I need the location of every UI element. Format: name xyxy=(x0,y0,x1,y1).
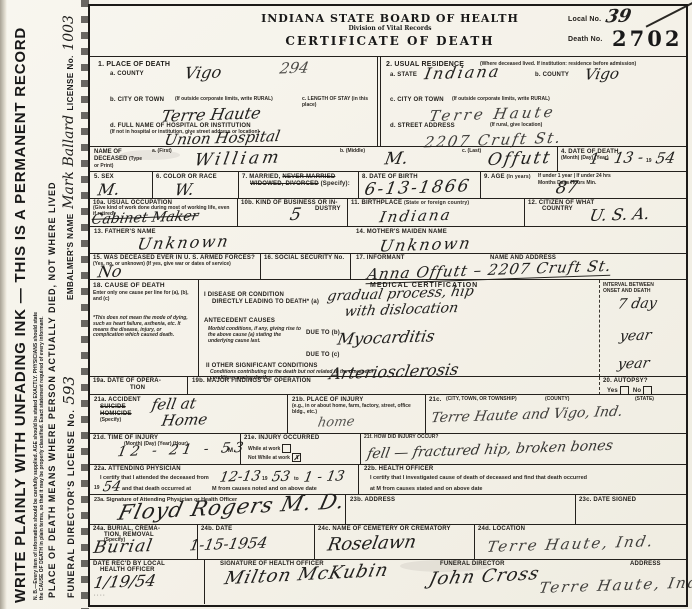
s22a-y2-printed: 19 xyxy=(94,486,100,492)
row-time-injury-how: 21d. TIME OF INJURY (Month) (Day) (Year)… xyxy=(90,433,686,465)
s18-antecedent-label: ANTECEDENT CAUSES xyxy=(204,318,275,325)
s2-city-note: (If outside corporate limits, write RURA… xyxy=(452,97,550,103)
s18-interval-a-value: 7 day xyxy=(616,295,658,312)
s2-street-label: d. STREET ADDRESS xyxy=(390,123,455,130)
stray-mark: 294 xyxy=(278,59,310,78)
s22a-from-value: 12-13 xyxy=(218,468,261,485)
row-name-and-death-date: NAME OF DECEASED (Type or Print) a. (Fir… xyxy=(90,146,686,172)
row-sex-race-married-dob-age: 5. SEX M. 6. COLOR OR RACE W. 7. MARRIED… xyxy=(90,171,686,199)
s7-struck2: WIDOWED, DIVORCED xyxy=(250,181,319,187)
s8-value: 6-13-1866 xyxy=(363,176,472,200)
s9-value: 87 xyxy=(554,178,579,199)
s24b-value: 1-15-1954 xyxy=(188,534,269,555)
s21c-label: 21c. xyxy=(429,397,441,404)
s18-num: 18. xyxy=(93,282,103,289)
s21a-note: (Specify) xyxy=(100,418,121,424)
s22a-to-word: to xyxy=(294,477,299,483)
s18-cause-a-value2: with dislocation xyxy=(343,300,459,320)
margin-nb-line2: the CAUSE OF DEATH in plain terms, so th… xyxy=(39,44,45,600)
s11-value: Indiana xyxy=(378,206,453,226)
s18-due-b-label: DUE TO (b) xyxy=(306,330,340,337)
s7-label: 7. MARRIED, xyxy=(242,174,281,180)
s21e-opt1: While at work xyxy=(248,446,280,452)
s25d-label: ADDRESS xyxy=(630,561,661,568)
row-accident-place-city: 21a. ACCIDENT SUICIDE HOMICIDE (Specify)… xyxy=(90,394,686,434)
s19b-label: 19b. MAJOR FINDINGS OF OPERATION xyxy=(192,378,311,385)
s10a-value: Cabinet Maker xyxy=(90,208,200,228)
s9-label: 9. AGE xyxy=(484,174,505,180)
s10b-label2: DUSTRY xyxy=(315,206,341,213)
s18-antecedent-note: Morbid conditions, if any, giving rise t… xyxy=(208,327,303,344)
s12-label2: COUNTRY xyxy=(542,206,573,213)
s21e-opt2: Not While at work xyxy=(248,455,290,461)
s24a-value: Burial xyxy=(92,536,155,558)
footer-illegible-note: · · · · xyxy=(94,594,105,600)
s22a-label: 22a. ATTENDING PHYSICIAN xyxy=(94,466,181,473)
row-physician-healthofficer: 22a. ATTENDING PHYSICIAN I certify that … xyxy=(90,464,686,495)
s21e-opt2-row: Not While at work✗ xyxy=(248,453,303,462)
s3-heading: NAME OF DECEASED xyxy=(94,149,127,162)
s21f-label: 21f. HOW DID INJURY OCCUR? xyxy=(364,435,438,441)
s6-value: W. xyxy=(173,180,195,200)
s20-label: 20. AUTOPSY? xyxy=(603,378,648,385)
certificate-title: CERTIFICATE OF DEATH xyxy=(240,34,540,48)
row-forces-ssn-informant: 15. WAS DECEASED EVER IN U. S. ARMED FOR… xyxy=(90,253,686,280)
s1-county-value: Vigo xyxy=(183,62,223,82)
s18-part1-line2: DIRECTLY LEADING TO DEATH* (a) xyxy=(212,299,319,306)
injury-at-work-checkbox xyxy=(282,444,291,453)
board-title: INDIANA STATE BOARD OF HEALTH xyxy=(240,12,540,25)
death-certificate-scan: WRITE PLAINLY WITH UNFADING INK — THIS I… xyxy=(0,0,692,609)
s13-value: Unknown xyxy=(136,231,231,253)
s1-heading: PLACE OF DEATH xyxy=(106,61,170,68)
s3-middle-label: b. (Middle) xyxy=(340,149,365,155)
death-no-label: Death No. xyxy=(568,36,602,44)
s18-interval-b-value: year xyxy=(618,327,652,344)
s23c-label: 23c. DATE SIGNED xyxy=(579,497,636,504)
row-cause-of-death: 18. CAUSE OF DEATH Enter only one cause … xyxy=(90,279,686,377)
s24c-value: Roselawn xyxy=(326,531,418,555)
s4-year-printed: 19 xyxy=(646,159,652,165)
embalmer-license-label: LICENSE No. xyxy=(66,55,75,110)
s21e-opt1-row: While at work xyxy=(248,444,293,453)
s9-note: (In years) xyxy=(507,174,531,180)
embalmer-name-value: Mark Ballard xyxy=(61,115,77,209)
division-subtitle: Division of Vital Records xyxy=(240,25,540,32)
s19a-label1: 19a. DATE OF OPERA- xyxy=(93,378,161,385)
margin-nb-note: N. B.—Every item of information should b… xyxy=(33,44,45,600)
s11-note: (State or foreign country) xyxy=(404,200,469,206)
local-no-value: 39 xyxy=(604,6,633,28)
s1-stay-label: c. LENGTH OF STAY (in this place) xyxy=(302,97,372,109)
s22b-cert2: at M from causes stated and on above dat… xyxy=(370,486,482,492)
s2-city-label: c. CITY OR TOWN xyxy=(390,97,444,104)
s22a-y2-value: 54 xyxy=(102,479,123,496)
margin-permanent-record-note: WRITE PLAINLY WITH UNFADING INK — THIS I… xyxy=(12,27,29,603)
s2-county-label: b. COUNTY xyxy=(535,72,569,79)
s22b-label: 22b. HEALTH OFFICER xyxy=(364,466,433,473)
divider xyxy=(557,147,558,172)
s3-first-value: William xyxy=(193,148,283,171)
row-place-and-residence: 1. PLACE OF DEATH a. COUNTY Vigo 294 b. … xyxy=(90,56,686,147)
s4-year-value: 54 xyxy=(654,149,676,168)
s2-county-value: Vigo xyxy=(583,64,620,83)
s10b-value: 5 xyxy=(288,205,302,225)
s22a-y1-value: 53 xyxy=(271,469,292,486)
s17-label: 17. INFORMANT xyxy=(356,255,405,262)
s21c-col2: (COUNTY) xyxy=(545,397,569,403)
s21c-value: Terre Haute and Vigo, Ind. xyxy=(430,404,624,427)
s18-heading: CAUSE OF DEATH xyxy=(105,282,165,289)
funeral-license-label: FUNERAL DIRECTOR'S LICENSE No. xyxy=(66,409,76,598)
s2-state-label: a. STATE xyxy=(390,72,417,79)
s7-specify: (Specify): xyxy=(321,181,350,187)
row-received-director: DATE REC'D BY LOCAL HEALTH OFFICER 1/19/… xyxy=(90,559,686,604)
certificate-form: INDIANA STATE BOARD OF HEALTH Division o… xyxy=(88,4,688,607)
s21e-label: 21e. INJURY OCCURRED xyxy=(244,435,319,442)
s18-interval-c-value: year xyxy=(616,355,650,372)
death-no-value: 2702 xyxy=(612,26,682,51)
row-occupation-birthplace-citizen: 10a. USUAL OCCUPATION (Give kind of work… xyxy=(90,198,686,227)
s21f-value: fell — fractured hip, broken bones xyxy=(366,438,614,463)
s3-first-label: a. (First) xyxy=(152,149,172,155)
s7-struck1: NEVER MARRIED xyxy=(282,174,335,180)
s22b-cert1: I certify that I investigated cause of d… xyxy=(370,475,587,481)
s2-street-note: (If rural, give location) xyxy=(490,123,542,129)
s21a-value2: Home xyxy=(160,410,209,430)
s18-cause-b-value: Myocarditis xyxy=(336,326,436,348)
s22a-cert2: and that death occurred at xyxy=(122,486,191,492)
s18-due-c-label: DUE TO (c) xyxy=(306,352,340,359)
funeral-license-value: 593 xyxy=(60,376,78,405)
torn-edge xyxy=(0,0,7,609)
s21c-col1: (CITY, TOWN, OR TOWNSHIP) xyxy=(446,397,517,403)
s16-label: 16. SOCIAL SECURITY No. xyxy=(264,255,344,262)
embalmer-name-label: EMBALMER'S NAME xyxy=(66,213,75,300)
s1-county-label: a. COUNTY xyxy=(110,71,144,78)
s18-note2: *This does not mean the mode of dying, s… xyxy=(93,316,193,339)
injury-not-at-work-checkbox: ✗ xyxy=(292,453,301,462)
s23b-label: 23b. ADDRESS xyxy=(350,497,395,504)
s22a-to-value: 1 - 13 xyxy=(302,468,345,485)
s5-value: M. xyxy=(96,180,121,200)
embalmer-license-value: 1003 xyxy=(61,15,77,51)
s1-city-note: (If outside corporate limits, write RURA… xyxy=(175,97,273,103)
s2-state-value: Indiana xyxy=(423,62,502,84)
s4-value: 1 - 13 - xyxy=(588,148,645,168)
s3-middle-value: M. xyxy=(383,149,410,170)
s12-value: U. S. A. xyxy=(588,204,651,225)
divider xyxy=(377,57,381,147)
s19a-label2: TION xyxy=(130,385,145,392)
s24b-label: 24b. DATE xyxy=(201,526,232,533)
local-no-label: Local No. xyxy=(568,16,601,24)
s18-note1: Enter only one cause per line for (a), (… xyxy=(93,291,193,303)
margin-place-of-death-note: PLACE OF DEATH MEANS WHERE PERSON ACTUAL… xyxy=(47,181,57,598)
s18-interval-hdr2: ONSET AND DEATH xyxy=(603,289,651,295)
row-operation-autopsy: 19a. DATE OF OPERA- TION 19b. MAJOR FIND… xyxy=(90,376,686,395)
s24d-label: 24d. LOCATION xyxy=(478,526,525,533)
row-parents: 13. FATHER'S NAME Unknown 14. MOTHER'S M… xyxy=(90,226,686,254)
margin-funeral-license-line: FUNERAL DIRECTOR'S LICENSE No. 593 xyxy=(60,376,79,598)
s21b-value: home xyxy=(317,414,356,430)
s24d-value: Terre Haute, Ind. xyxy=(486,532,656,556)
s25a-value: 1/19/54 xyxy=(92,571,157,592)
s3-last-label: c. (Last) xyxy=(462,149,481,155)
physician-signature: Floyd Rogers M. D. xyxy=(116,489,348,525)
s21c-col3: (STATE) xyxy=(635,397,654,403)
s2-num: 2. xyxy=(386,61,392,68)
s22a-y1-printed: 19 xyxy=(262,477,268,483)
s21d-m-label: M xyxy=(228,448,233,455)
s1-num: 1. xyxy=(98,61,104,68)
s3-last-value: Offutt xyxy=(486,148,553,170)
row-signature: 23a. Signature of Attending Physician or… xyxy=(90,494,686,525)
s1-city-label: b. CITY OR TOWN xyxy=(110,97,164,104)
s25d-value: Terre Haute, Ind. xyxy=(538,573,692,597)
checkbox-x-mark: ✗ xyxy=(294,453,300,462)
s11-label: 11. BIRTHPLACE xyxy=(351,200,402,206)
row-burial: 24a. BURIAL, CREMA- TION, REMOVAL (Speci… xyxy=(90,524,686,560)
margin-embalmer-line: EMBALMER'S NAME Mark Ballard LICENSE No.… xyxy=(60,15,78,300)
